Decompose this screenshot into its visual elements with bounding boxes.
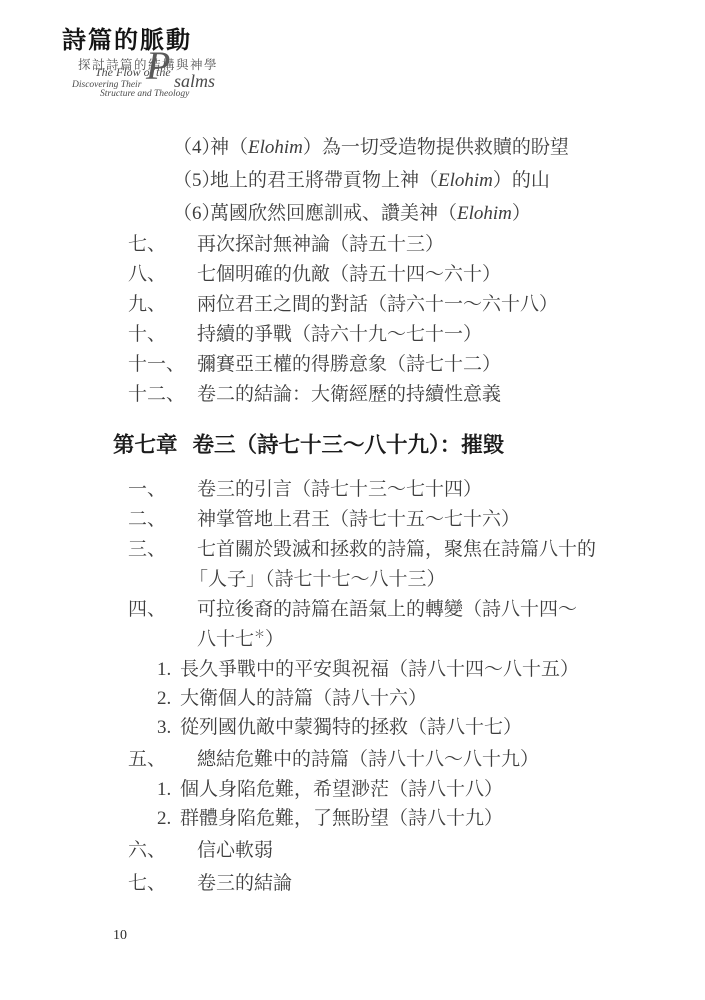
item-text: 持續的爭戰（詩六十九～七十一） xyxy=(197,320,482,350)
footnote-asterisk: ＊ xyxy=(254,629,265,641)
item-text: 彌賽亞王權的得勝意象（詩七十二） xyxy=(197,350,501,380)
toc-item: 五、 總結危難中的詩篇（詩八十八～八十九） xyxy=(0,745,705,775)
chapter-label: 第七章 xyxy=(113,432,178,458)
item-text: 卷三的引言（詩七十三～七十四） xyxy=(197,475,482,505)
item-text: 神（Elohim）為一切受造物提供救贖的盼望 xyxy=(210,131,569,164)
item-text: 萬國欣然回應訓戒、讚美神（Elohim） xyxy=(210,197,531,230)
item-text: 從列國仇敵中蒙獨特的拯救（詩八十七） xyxy=(180,713,522,742)
logo-en-structure: Structure and Theology xyxy=(100,89,189,99)
item-number: 四、 xyxy=(128,595,197,625)
chapter-heading: 第七章 卷三（詩七十三～八十九）：摧毀 xyxy=(0,432,705,458)
toc-item: 九、 兩位君王之間的對話（詩六十一～六十八） xyxy=(0,290,705,320)
toc-subitem: 1. 長久爭戰中的平安與祝福（詩八十四～八十五） xyxy=(0,655,705,684)
toc-subitem: 2. 群體身陷危難，了無盼望（詩八十九） xyxy=(0,804,705,833)
item-number: 十、 xyxy=(128,320,197,350)
item-number: （6） xyxy=(173,197,210,230)
item-number: 八、 xyxy=(128,260,197,290)
toc-item: 七、 卷三的結論 xyxy=(0,869,705,899)
toc-item: 三、 七首關於毀滅和拯救的詩篇，聚焦在詩篇八十的 xyxy=(0,535,705,565)
toc-item: 十二、 卷二的結論：大衛經歷的持續性意義 xyxy=(0,380,705,410)
toc-item-continuation: 「人子」（詩七十七～八十三） xyxy=(0,565,705,595)
item-text: 大衛個人的詩篇（詩八十六） xyxy=(180,684,427,713)
item-number: 六、 xyxy=(128,836,197,866)
toc-item: （5） 地上的君王將帶貢物上神（Elohim）的山 xyxy=(0,164,705,197)
item-text: 再次探討無神論（詩五十三） xyxy=(197,230,444,260)
item-text: 群體身陷危難，了無盼望（詩八十九） xyxy=(180,804,503,833)
item-number: 3. xyxy=(157,713,180,742)
chapter-title: 卷三（詩七十三～八十九）：摧毀 xyxy=(193,432,505,458)
item-text: 地上的君王將帶貢物上神（Elohim）的山 xyxy=(210,164,550,197)
toc-item: 八、 七個明確的仇敵（詩五十四～六十） xyxy=(0,260,705,290)
toc-item: 一、 卷三的引言（詩七十三～七十四） xyxy=(0,475,705,505)
item-text: 「人子」（詩七十七～八十三） xyxy=(189,565,446,595)
item-text: 八十七＊） xyxy=(197,625,284,655)
toc-item: 四、 可拉後裔的詩篇在語氣上的轉變（詩八十四～ xyxy=(0,595,705,625)
item-number: 2. xyxy=(157,804,180,833)
item-text: 總結危難中的詩篇（詩八十八～八十九） xyxy=(197,745,539,775)
item-number: 十二、 xyxy=(128,380,197,410)
toc-item: （6） 萬國欣然回應訓戒、讚美神（Elohim） xyxy=(0,197,705,230)
item-number: （5） xyxy=(173,164,210,197)
logo-script-p: P xyxy=(146,46,170,86)
logo-english-title: The Flow of the P salms Discovering Thei… xyxy=(62,28,302,113)
item-number: 2. xyxy=(157,684,180,713)
toc-item: （4） 神（Elohim）為一切受造物提供救贖的盼望 xyxy=(0,131,705,164)
item-number: 五、 xyxy=(128,745,197,775)
item-text: 兩位君王之間的對話（詩六十一～六十八） xyxy=(197,290,558,320)
page-number: 10 xyxy=(113,928,127,944)
item-text: 卷三的結論 xyxy=(197,869,292,899)
toc-content: （4） 神（Elohim）為一切受造物提供救贖的盼望 （5） 地上的君王將帶貢物… xyxy=(0,131,705,899)
item-text: 可拉後裔的詩篇在語氣上的轉變（詩八十四～ xyxy=(197,595,577,625)
item-text: 卷二的結論：大衛經歷的持續性意義 xyxy=(197,380,501,410)
toc-item-continuation: 八十七＊） xyxy=(0,625,705,655)
toc-subitem: 2. 大衛個人的詩篇（詩八十六） xyxy=(0,684,705,713)
item-text: 信心軟弱 xyxy=(197,836,273,866)
item-number: （4） xyxy=(173,131,210,164)
item-number: 一、 xyxy=(128,475,197,505)
item-number: 二、 xyxy=(128,505,197,535)
item-text: 個人身陷危難，希望渺茫（詩八十八） xyxy=(180,775,503,804)
book-page: 詩篇的脈動 探討詩篇的結構與神學 The Flow of the P salms… xyxy=(0,0,705,1000)
toc-subitem: 3. 從列國仇敵中蒙獨特的拯救（詩八十七） xyxy=(0,713,705,742)
item-text: 七首關於毀滅和拯救的詩篇，聚焦在詩篇八十的 xyxy=(197,535,596,565)
item-number: 九、 xyxy=(128,290,197,320)
item-number: 1. xyxy=(157,655,180,684)
book-logo: 詩篇的脈動 探討詩篇的結構與神學 The Flow of the P salms… xyxy=(62,28,302,113)
item-text: 神掌管地上君王（詩七十五～七十六） xyxy=(197,505,520,535)
toc-item: 十一、 彌賽亞王權的得勝意象（詩七十二） xyxy=(0,350,705,380)
item-text: 長久爭戰中的平安與祝福（詩八十四～八十五） xyxy=(180,655,579,684)
toc-item: 二、 神掌管地上君王（詩七十五～七十六） xyxy=(0,505,705,535)
toc-item: 六、 信心軟弱 xyxy=(0,836,705,866)
toc-item: 十、 持續的爭戰（詩六十九～七十一） xyxy=(0,320,705,350)
item-number: 三、 xyxy=(128,535,197,565)
item-number: 七、 xyxy=(128,230,197,260)
item-text: 七個明確的仇敵（詩五十四～六十） xyxy=(197,260,501,290)
item-number: 十一、 xyxy=(128,350,197,380)
item-number: 1. xyxy=(157,775,180,804)
toc-subitem: 1. 個人身陷危難，希望渺茫（詩八十八） xyxy=(0,775,705,804)
item-number: 七、 xyxy=(128,869,197,899)
toc-item: 七、 再次探討無神論（詩五十三） xyxy=(0,230,705,260)
